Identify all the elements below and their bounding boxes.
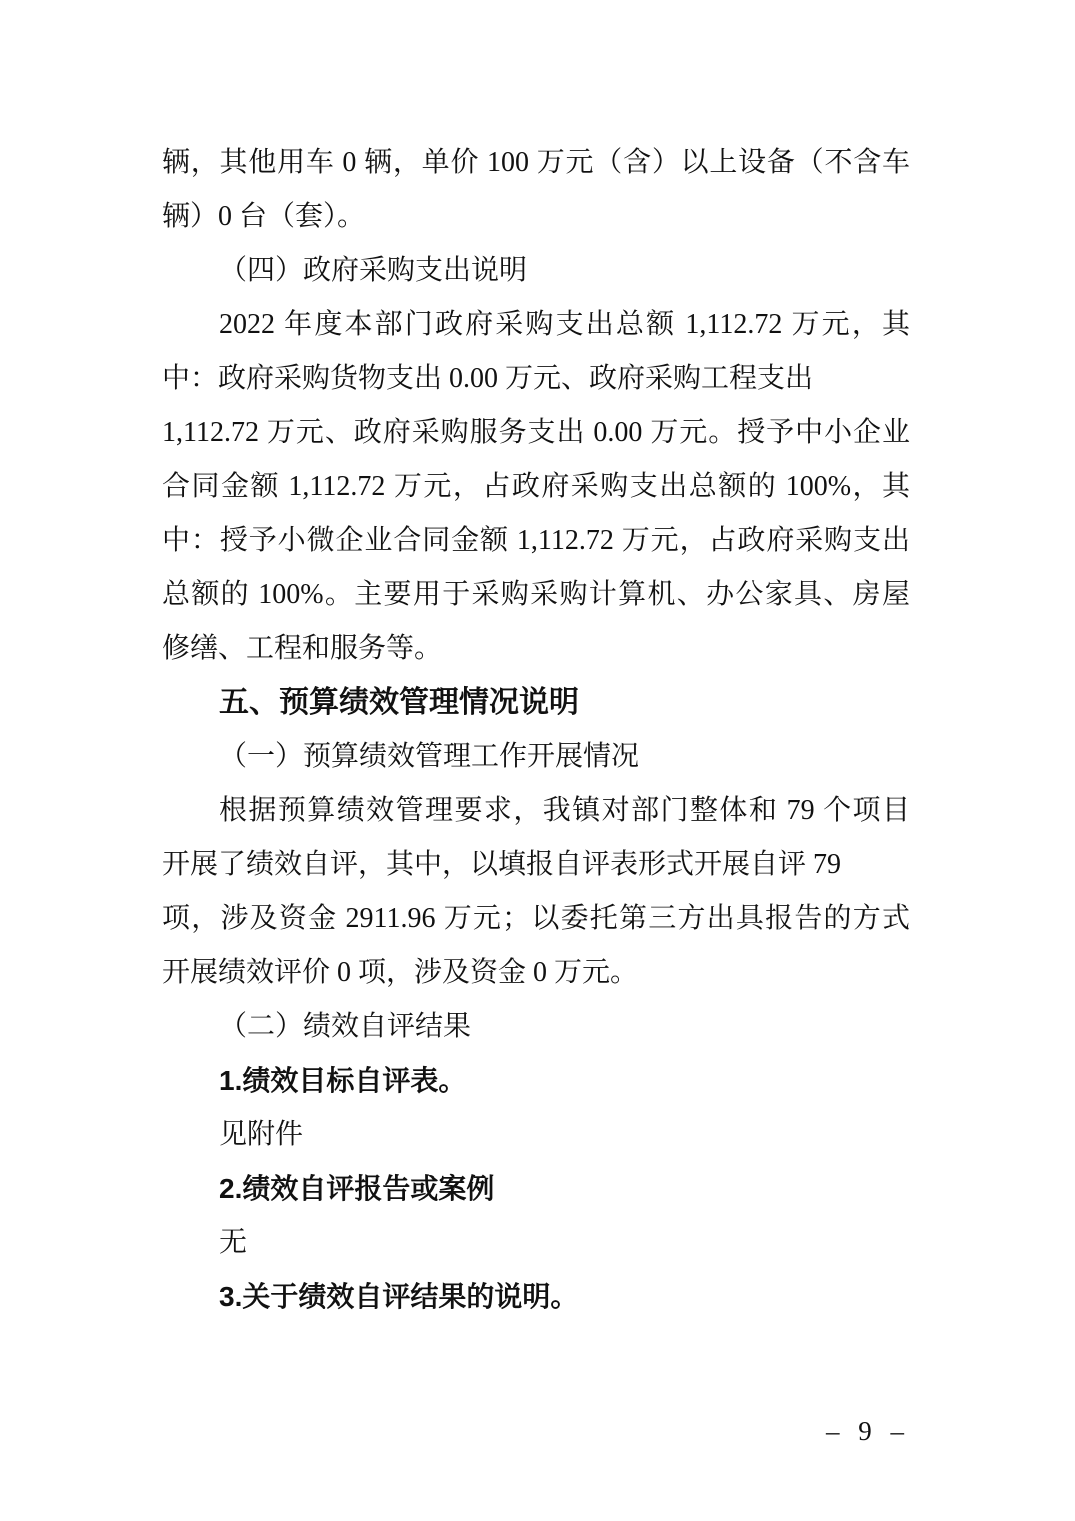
text-line: 合同金额 1,112.72 万元，占政府采购支出总额的 100%，其 bbox=[162, 460, 910, 514]
text-line: 1,112.72 万元、政府采购服务支出 0.00 万元。授予中小企业 bbox=[162, 406, 910, 460]
subsection-heading-5-2: （二）绩效自评结果 bbox=[162, 1000, 910, 1054]
section-heading-5: 五、预算绩效管理情况说明 bbox=[162, 676, 910, 730]
subsection-heading-4: （四）政府采购支出说明 bbox=[162, 244, 910, 298]
numbered-item-2: 2.绩效自评报告或案例 bbox=[162, 1162, 910, 1216]
text-line: 无 bbox=[162, 1216, 910, 1270]
text-line: 开展了绩效自评，其中，以填报自评表形式开展自评 79 bbox=[162, 838, 910, 892]
text-line: 见附件 bbox=[162, 1108, 910, 1162]
text-line: 中：授予小微企业合同金额 1,112.72 万元，占政府采购支出 bbox=[162, 514, 910, 568]
text-line: 根据预算绩效管理要求，我镇对部门整体和 79 个项目 bbox=[162, 784, 910, 838]
numbered-item-1: 1.绩效目标自评表。 bbox=[162, 1054, 910, 1108]
text-line: 总额的 100%。主要用于采购采购计算机、办公家具、房屋 bbox=[162, 568, 910, 622]
text-line: 2022 年度本部门政府采购支出总额 1,112.72 万元，其 bbox=[162, 298, 910, 352]
document-page: 辆，其他用车 0 辆，单价 100 万元（含）以上设备（不含车 辆）0 台（套）… bbox=[0, 0, 1075, 1521]
text-line: 辆，其他用车 0 辆，单价 100 万元（含）以上设备（不含车 bbox=[162, 136, 910, 190]
subsection-heading-5-1: （一）预算绩效管理工作开展情况 bbox=[162, 730, 910, 784]
numbered-item-3: 3.关于绩效自评结果的说明。 bbox=[162, 1270, 910, 1324]
text-line: 中：政府采购货物支出 0.00 万元、政府采购工程支出 bbox=[162, 352, 910, 406]
text-line: 开展绩效评价 0 项，涉及资金 0 万元。 bbox=[162, 946, 910, 1000]
document-body: 辆，其他用车 0 辆，单价 100 万元（含）以上设备（不含车 辆）0 台（套）… bbox=[162, 136, 910, 1324]
text-line: 修缮、工程和服务等。 bbox=[162, 622, 910, 676]
text-line: 项，涉及资金 2911.96 万元；以委托第三方出具报告的方式 bbox=[162, 892, 910, 946]
page-number: – 9 – bbox=[162, 1404, 910, 1458]
text-line: 辆）0 台（套）。 bbox=[162, 190, 910, 244]
